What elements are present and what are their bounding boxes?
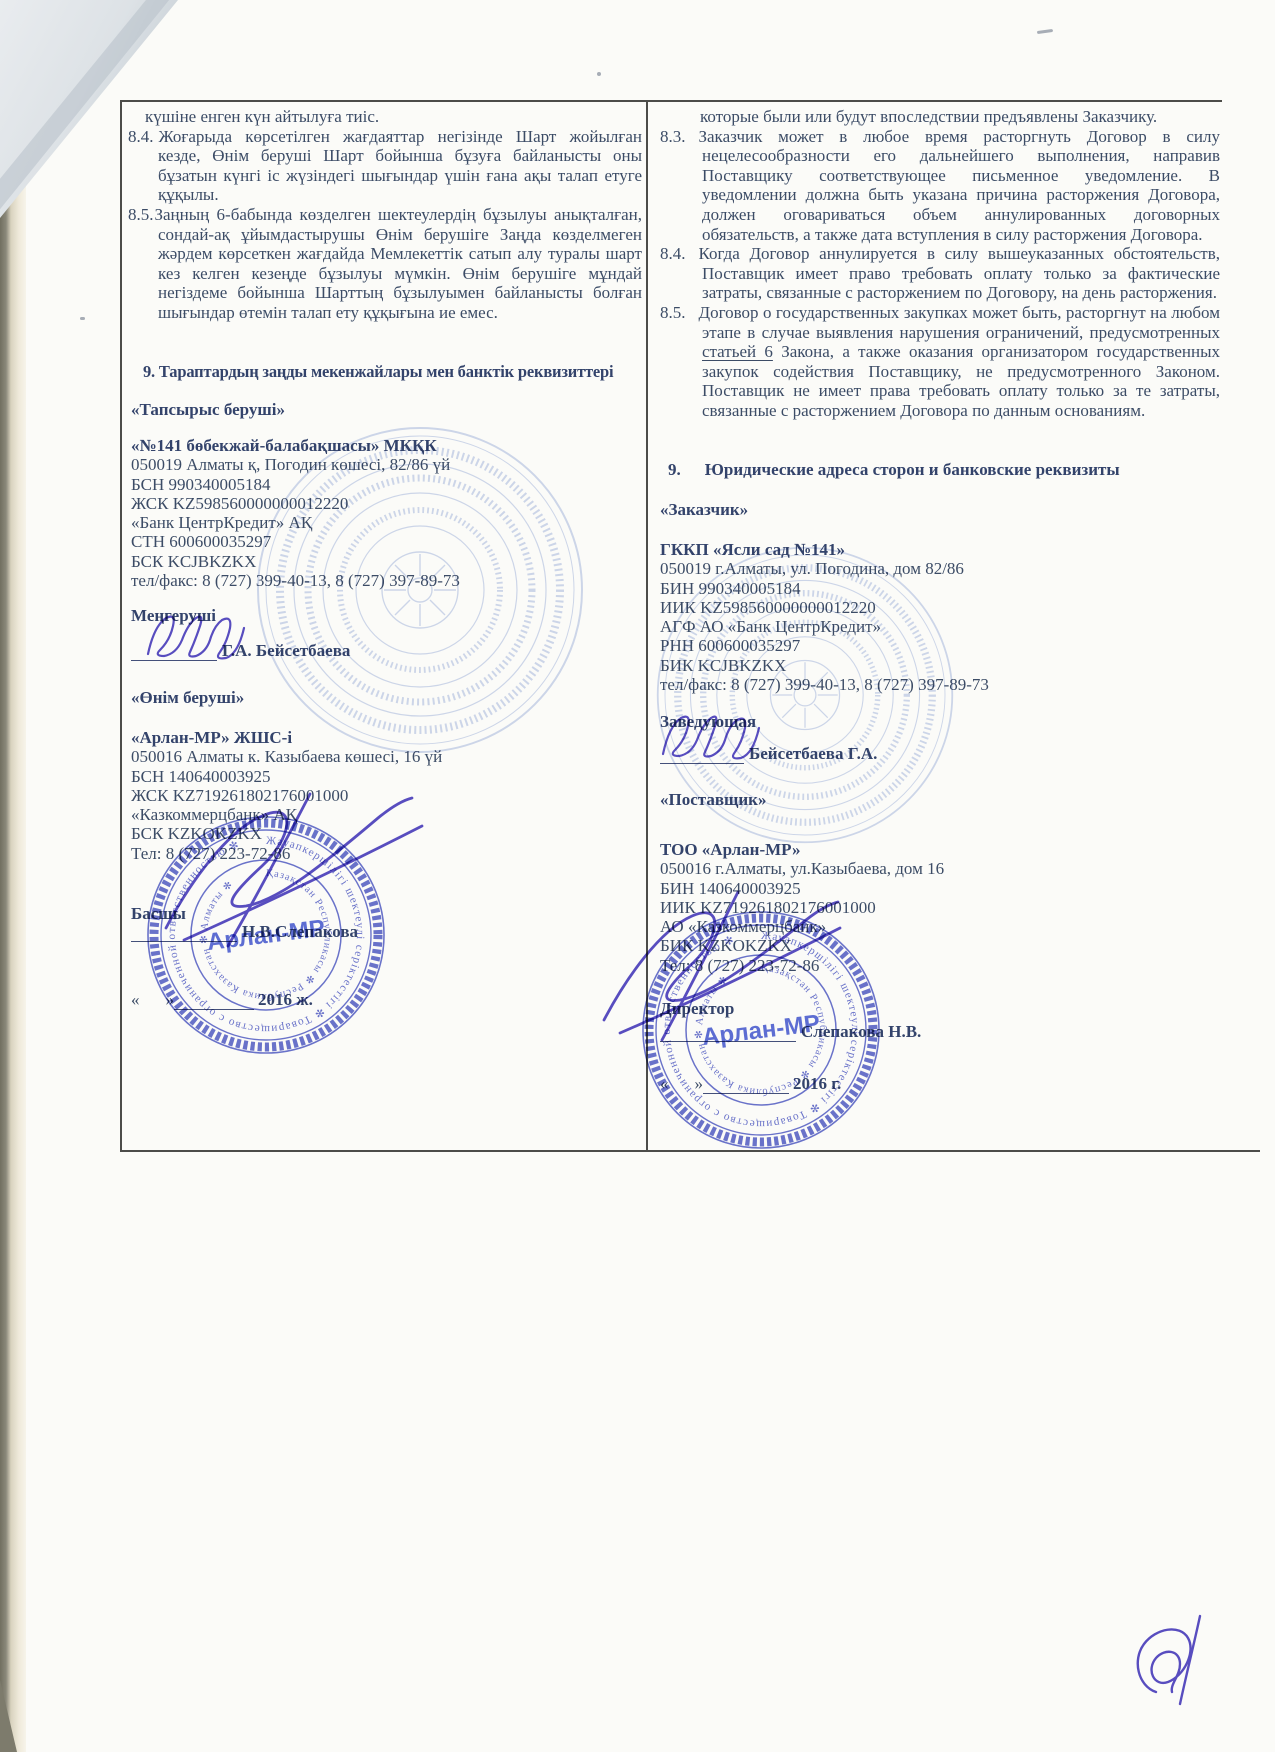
clause-number: 8.5. <box>128 205 154 224</box>
clause-text-post: Закона, а также оказания организатором г… <box>702 342 1220 420</box>
kk-section-9-heading: 9. Тараптардың заңды мекенжайлары мен ба… <box>143 362 613 382</box>
table-left-border <box>120 100 122 1152</box>
head-signature-ink-left <box>150 778 440 963</box>
clause-text-pre: Договор о государственных закупках может… <box>699 303 1221 342</box>
clause-text: Жоғарыда көрсетілген жағдаяттар негізінд… <box>158 127 642 205</box>
scanned-contract-page: күшіне енген күн айтылуға тиіс. 8.4.Жоға… <box>0 0 1275 1752</box>
corner-signature-scribble <box>1122 1608 1217 1713</box>
scan-edge-strip <box>0 0 26 1752</box>
customer-round-seal-faint-right <box>655 545 955 850</box>
clause-number: 8.4. <box>660 244 686 263</box>
ru-customer-label: «Заказчик» <box>660 500 748 520</box>
seal-center-ornament <box>384 554 456 626</box>
seal-center-ornament <box>772 662 837 727</box>
ru-clause-8-3: 8.3.Заказчик может в любое время расторг… <box>660 127 1220 245</box>
ru-clause-8-2-tail: которые были или будут впоследствии пред… <box>660 107 1220 127</box>
supplier-address: 050016 г.Алматы, ул.Казыбаева, дом 16 <box>660 859 944 878</box>
manager-signature-ink-left <box>140 608 250 673</box>
manager-signature-ink-right <box>655 708 765 773</box>
section-title: Юридические адреса сторон и банковские р… <box>705 460 1120 480</box>
scan-speck <box>80 317 85 320</box>
ru-clause-8-5: 8.5.Договор о государственных закупках м… <box>660 303 1220 421</box>
scan-speck <box>597 72 601 76</box>
clause-text: Когда Договор аннулируется в силу вышеук… <box>699 244 1221 302</box>
kk-clauses-block: күшіне енген күн айтылуға тиіс. 8.4.Жоға… <box>128 107 642 323</box>
kk-supplier-label: «Өнім беруші» <box>131 688 244 708</box>
kk-clause-8-4: 8.4.Жоғарыда көрсетілген жағдаяттар негі… <box>128 127 642 205</box>
kk-clause-8-5: 8.5.Заңның 6-бабында көзделген шектеулер… <box>128 205 642 323</box>
clause-text: Заңның 6-бабында көзделген шектеулердің … <box>155 205 643 322</box>
ru-clauses-block: которые были или будут впоследствии пред… <box>660 107 1220 421</box>
head-signature-ink-right <box>590 878 855 1058</box>
kk-clause-8-3-tail: күшіне енген күн айтылуға тиіс. <box>128 107 642 127</box>
table-top-border <box>120 100 1222 102</box>
scan-speck <box>1037 29 1053 34</box>
quote-open: « <box>131 990 140 1010</box>
clause-number: 8.5. <box>660 303 686 322</box>
customer-round-seal-faint-left <box>255 425 585 760</box>
clause-number: 8.3. <box>660 127 686 146</box>
clause-number: 8.4. <box>128 127 154 146</box>
clause-article-6-underlined: статьей 6 <box>702 342 773 361</box>
section-number: 9. <box>668 460 681 480</box>
clause-text: Заказчик может в любое время расторгнуть… <box>699 127 1221 244</box>
ru-clause-8-4: 8.4.Когда Договор аннулируется в силу вы… <box>660 244 1220 303</box>
kk-customer-label: «Тапсырыс беруші» <box>131 400 285 420</box>
ru-section-9-heading: 9. Юридические адреса сторон и банковски… <box>668 460 1120 480</box>
